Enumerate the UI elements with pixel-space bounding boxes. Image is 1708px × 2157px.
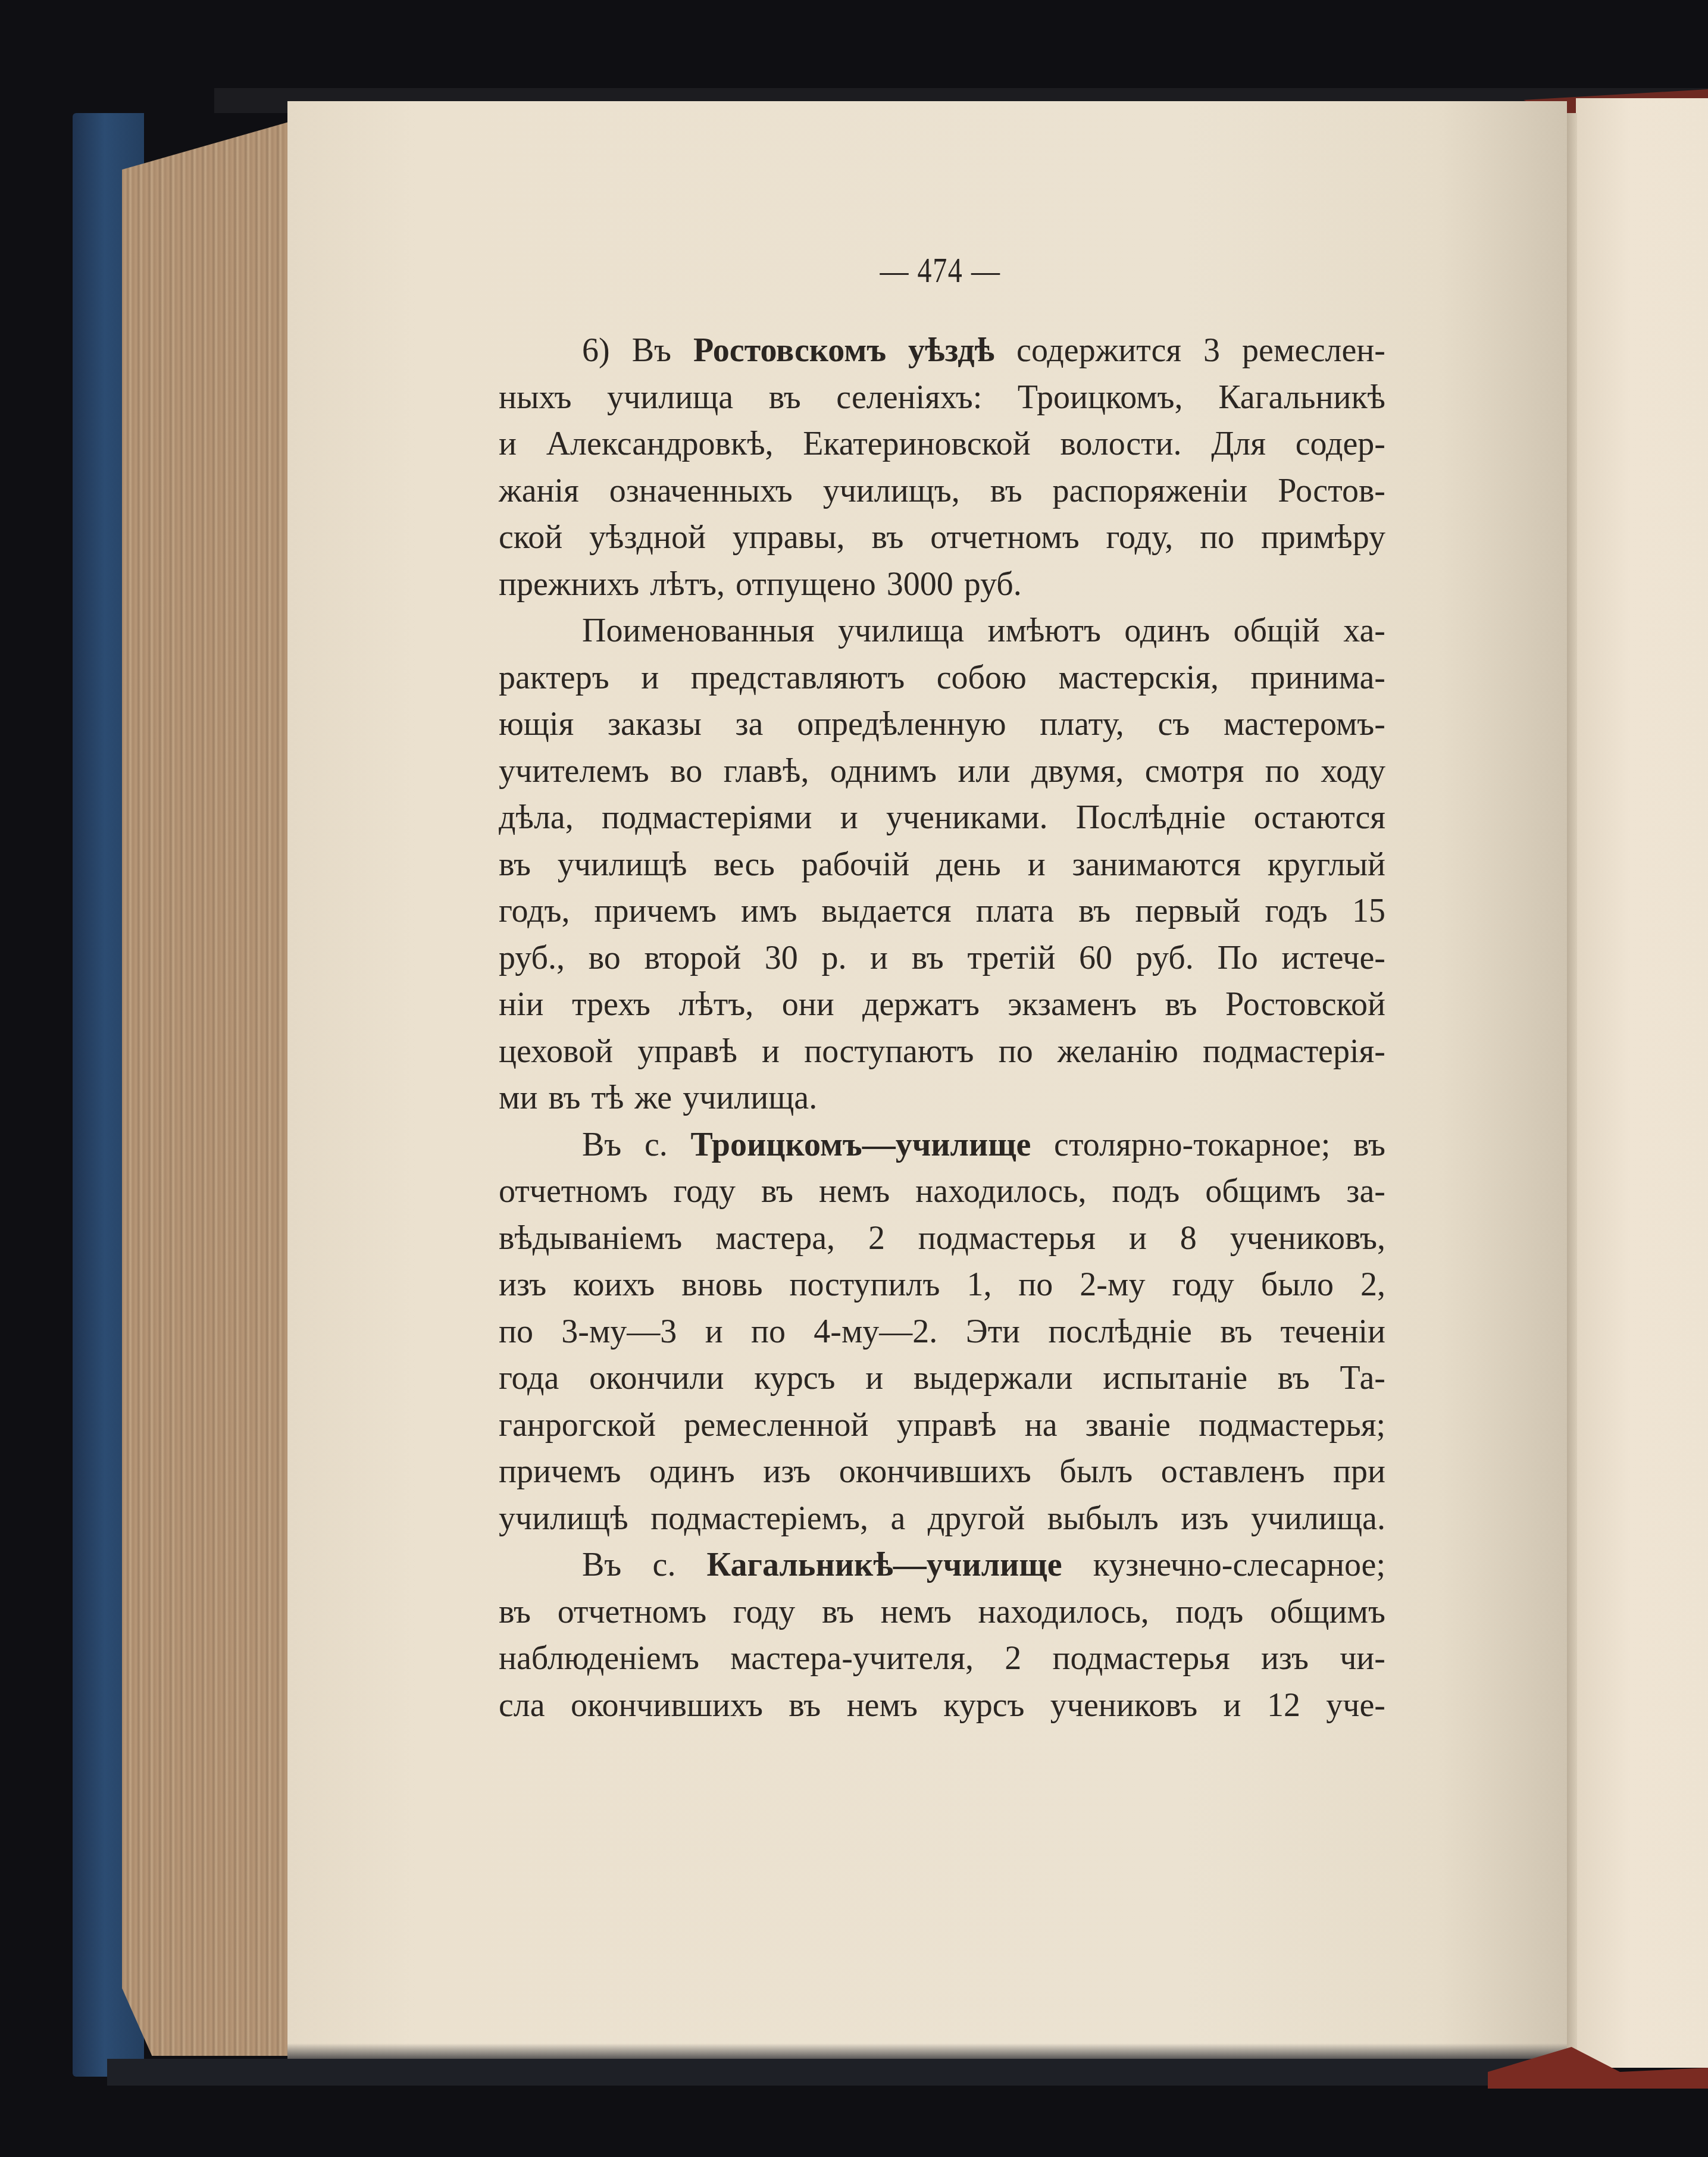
text-line: слаокончившихъвънемъкурсъучениковъи12уче… — [499, 1682, 1385, 1729]
text-line: мивътѣжеучилища. — [499, 1075, 1385, 1122]
text-line: прежнихълѣтъ,отпущено3000руб. — [499, 561, 1385, 608]
text-line: ныхъучилищавъселеніяхъ:Троицкомъ,Кагальн… — [499, 374, 1385, 421]
text-line: иАлександровкѣ,Екатериновскойволости.Для… — [499, 421, 1385, 468]
text-line: ющіязаказызаопредѣленнуюплату,съмастером… — [499, 701, 1385, 748]
text-line: въучилищѣвесьрабочійденьизанимаютсякругл… — [499, 841, 1385, 888]
text-line: цеховойуправѣипоступаютъпожеланіюподмаст… — [499, 1028, 1385, 1075]
text-line: Въс.Троицкомъ—училищестолярно-токарное;в… — [499, 1122, 1385, 1169]
text-line: жаніяозначенныхъучилищъ,въраспоряженіиРо… — [499, 468, 1385, 515]
paragraph-kagalnik: Въс.Кагальникѣ—училищекузнечно-слесарное… — [499, 1542, 1385, 1729]
text-line: годъ,причемъимъвыдаетсяплатавъпервыйгодъ… — [499, 888, 1385, 935]
bottom-cover-edge — [107, 2059, 1535, 2086]
text-line: дѣла,подмастеріямииучениками.Послѣдніеос… — [499, 794, 1385, 841]
facing-page — [1576, 98, 1708, 2068]
page-number: — 474 — — [845, 250, 1036, 291]
text-line: наблюденіемъмастера-учителя,2подмастерья… — [499, 1635, 1385, 1682]
text-line: училищѣподмастеріемъ,адругойвыбылъизъучи… — [499, 1495, 1385, 1542]
text-line: годаокончиликурсъивыдержалииспытаніевъТа… — [499, 1355, 1385, 1402]
text-line: причемъодинъизъокончившихъбылъоставленъп… — [499, 1448, 1385, 1495]
text-line: учителемъвоглавѣ,однимъилидвумя,смотряпо… — [499, 748, 1385, 795]
text-line: изъкоихъвновьпоступилъ1,по2-мугодубыло2, — [499, 1261, 1385, 1308]
text-line: 6)ВъРостовскомъуѣздѣсодержится3ремеслен- — [499, 327, 1385, 374]
text-line: Поименованныяучилищаимѣютъодинъобщійха- — [499, 608, 1385, 655]
text-line: вѣдываніемъмастера,2подмастерьяи8ученико… — [499, 1215, 1385, 1262]
paragraph-troitskoe: Въс.Троицкомъ—училищестолярно-токарное;в… — [499, 1122, 1385, 1542]
text-line: ганрогскойремесленнойуправѣназваніеподма… — [499, 1402, 1385, 1449]
book-scan: — 474 — 6)ВъРостовскомъуѣздѣсодержится3р… — [0, 0, 1708, 2157]
page-fore-edge — [122, 122, 289, 2056]
text-line: по3-му—3ипо4-му—2.Этипослѣдніевътеченіи — [499, 1308, 1385, 1355]
text-line: рактеръипредставляютъсобоюмастерскія,при… — [499, 655, 1385, 702]
paragraph-schools-character: Поименованныяучилищаимѣютъодинъобщійха- … — [499, 608, 1385, 1122]
paragraph-rostov-district: 6)ВъРостовскомъуѣздѣсодержится3ремеслен-… — [499, 327, 1385, 608]
text-line: въотчетномъгодувънемънаходилось,подъобщи… — [499, 1589, 1385, 1636]
text-line: скойуѣзднойуправы,въотчетномъгоду,поприм… — [499, 514, 1385, 561]
text-line: ніитрехълѣтъ,онидержатъэкзаменъвъРостовс… — [499, 981, 1385, 1028]
text-line: отчетномъгодувънемънаходилось,подъобщимъ… — [499, 1168, 1385, 1215]
text-line: руб.,вовторой30р.ивътретій60руб.Поистече… — [499, 935, 1385, 982]
body-text: 6)ВъРостовскомъуѣздѣсодержится3ремеслен-… — [499, 327, 1385, 1729]
text-line: Въс.Кагальникѣ—училищекузнечно-слесарное… — [499, 1542, 1385, 1589]
